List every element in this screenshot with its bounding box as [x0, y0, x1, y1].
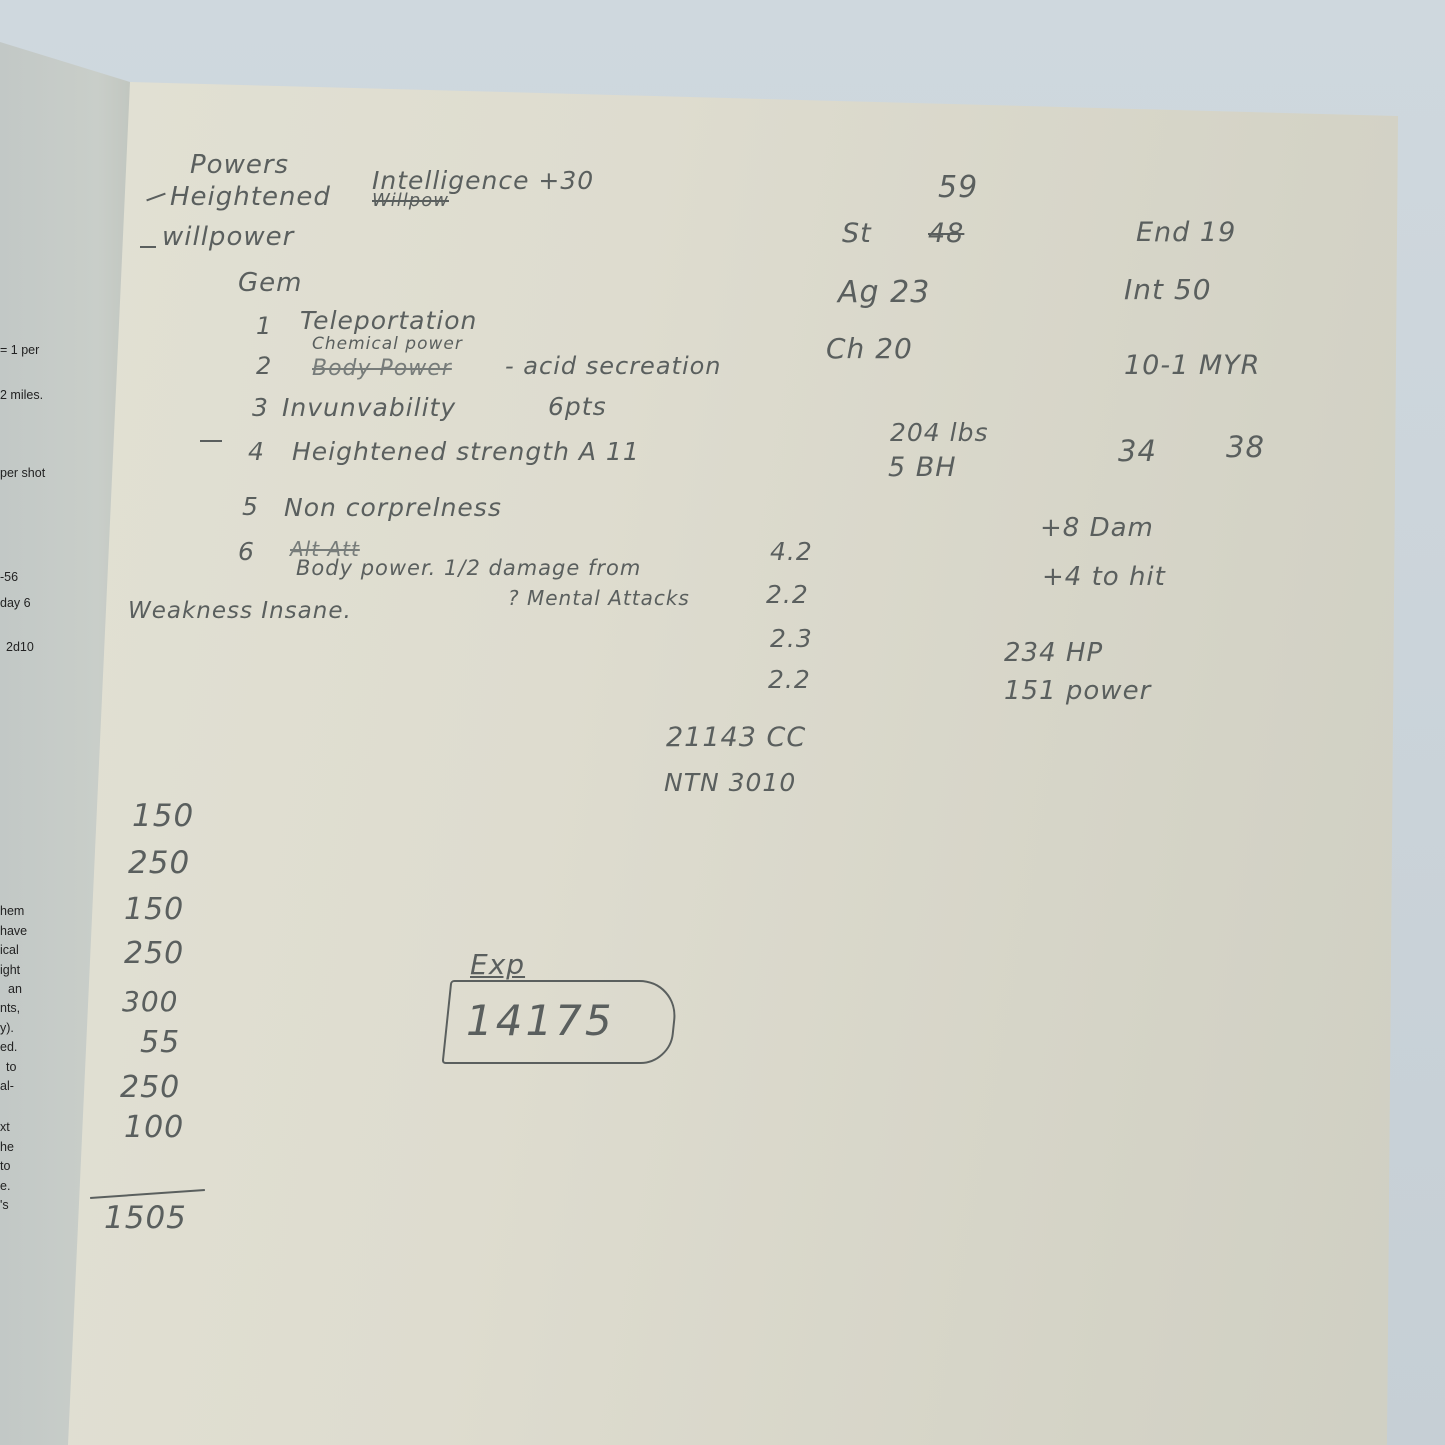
left-page-fragment: 2d10 — [6, 640, 34, 654]
stat-weight: 204 lbs — [890, 418, 989, 447]
left-page-fragment: ical — [0, 943, 19, 957]
stat-power: 151 power — [1004, 676, 1151, 706]
struck-willpow: Willpow — [372, 190, 449, 211]
left-page-fragment: al- — [0, 1079, 14, 1093]
left-page-fragment: y). — [0, 1021, 14, 1035]
powers-line1: Heightened — [170, 182, 331, 212]
exp-entry: 250 — [128, 845, 190, 881]
weakness-line: Weakness Insane. — [128, 598, 352, 624]
stat-bh: 5 BH — [888, 452, 957, 483]
column-value: 4.2 — [770, 537, 813, 566]
power-2-num: 2 — [256, 352, 272, 380]
stat-st-old: 48 — [928, 218, 964, 249]
left-page-fragment: per shot — [0, 466, 45, 480]
exp-entry: 250 — [124, 936, 184, 971]
column-value: 2.3 — [770, 624, 813, 653]
left-page-fragment: hem — [0, 904, 24, 918]
margin-mark — [200, 440, 222, 442]
power-2-suffix: - acid secreation — [505, 352, 722, 380]
ntn-line: NTN 3010 — [664, 768, 796, 797]
power-3-text: Invunvability — [282, 393, 456, 422]
stat-ch: Ch 20 — [826, 332, 913, 365]
exp-entry: 150 — [124, 892, 184, 927]
stat-n2: 38 — [1226, 430, 1265, 464]
left-page-fragment: -56 — [0, 570, 18, 584]
exp-entry: 100 — [124, 1110, 184, 1145]
stat-to-hit: +4 to hit — [1042, 562, 1166, 592]
power-4-text: Heightened strength A 11 — [292, 437, 640, 466]
power-6-num: 6 — [238, 537, 255, 566]
exp-value: 14175 — [466, 996, 615, 1045]
power-2-struck: Body Power — [312, 356, 452, 381]
power-3-points: 6pts — [548, 392, 607, 421]
power-6-insert: Body power. 1/2 damage from — [296, 556, 641, 580]
column-value: 2.2 — [766, 580, 809, 609]
power-1-text: Teleportation — [300, 306, 477, 335]
column-value: 2.2 — [768, 665, 811, 694]
exp-entry: 250 — [120, 1070, 180, 1105]
left-page-fragment: he — [0, 1140, 14, 1154]
left-page-fragment: e. — [0, 1179, 10, 1193]
stat-damage: +8 Dam — [1040, 513, 1154, 543]
stat-end: End 19 — [1136, 217, 1236, 248]
margin-mark — [140, 246, 156, 248]
stat-myr: 10-1 MYR — [1124, 350, 1260, 381]
left-page-fragment: 2 miles. — [0, 388, 43, 402]
cc-line: 21143 CC — [666, 722, 806, 753]
powers-header: Powers — [190, 150, 289, 180]
stat-st-new: 59 — [938, 170, 978, 205]
left-page-fragment: to — [0, 1159, 10, 1173]
power-4-num: 4 — [248, 437, 265, 466]
stat-hp: 234 HP — [1004, 638, 1103, 668]
stat-n1: 34 — [1118, 434, 1157, 468]
stat-int: Int 50 — [1124, 273, 1212, 306]
left-page-fragment: ight — [0, 963, 20, 977]
power-5-text: Non corprelness — [284, 493, 502, 522]
left-page-fragment: = 1 per — [0, 343, 39, 357]
left-page-fragment: nts, — [0, 1001, 20, 1015]
powers-line2: willpower — [162, 222, 294, 252]
left-page-fragment: have — [0, 924, 27, 938]
power-6-line2: ? Mental Attacks — [508, 586, 690, 610]
exp-entry: 55 — [140, 1025, 180, 1060]
power-3-num: 3 — [252, 393, 269, 422]
left-page-fragment: xt — [0, 1120, 10, 1134]
power-5-num: 5 — [242, 492, 259, 521]
stat-ag: Ag 23 — [838, 275, 930, 310]
exp-entry: 300 — [122, 985, 178, 1018]
left-page-fragment: an — [8, 982, 22, 996]
exp-label: Exp — [470, 948, 525, 981]
left-page-fragment: day 6 — [0, 596, 31, 610]
exp-entry: 150 — [132, 798, 194, 834]
left-page-fragment: 's — [0, 1198, 9, 1212]
power-2-insert: Chemical power — [312, 334, 463, 354]
left-page-fragment: ed. — [0, 1040, 17, 1054]
exp-total: 1505 — [104, 1200, 187, 1236]
gem-label: Gem — [238, 268, 302, 298]
left-page-fragment: to — [6, 1060, 16, 1074]
stat-st-label: St — [842, 218, 872, 249]
power-1-num: 1 — [256, 312, 272, 340]
